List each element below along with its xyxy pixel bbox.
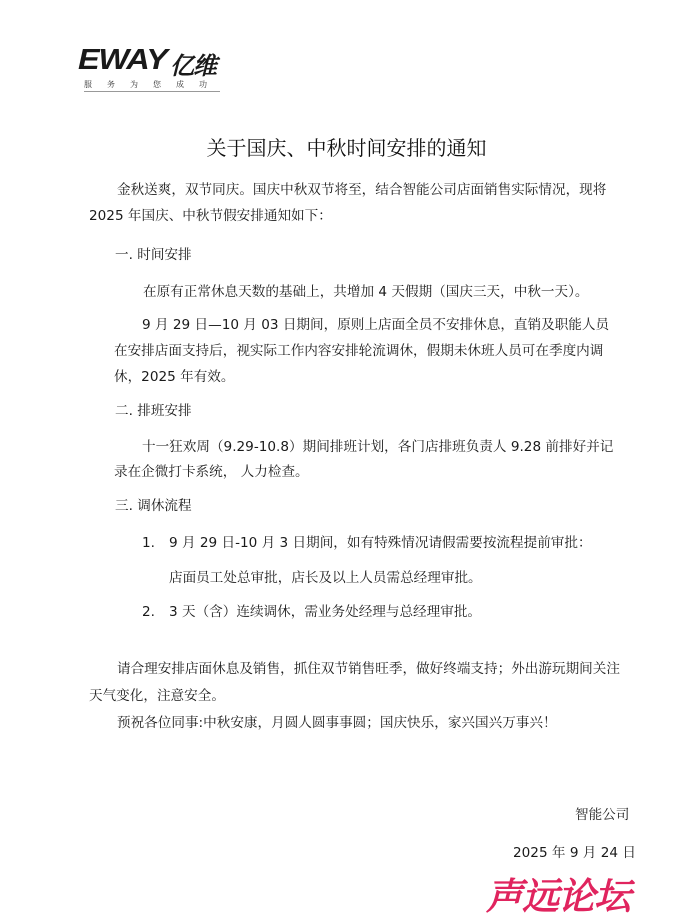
closing-line-2: 天气变化，注意安全。 (89, 687, 225, 705)
list-item-1-sub: 店面员工处总审批，店长及以上人员需总经理审批。 (169, 569, 482, 587)
logo-slogan: 服务为您成功 (84, 79, 222, 90)
section-2-para-line-2: 录在企微打卡系统， 人力检查。 (114, 463, 309, 481)
section-1-para-2-line-3: 休，2025 年有效。 (114, 368, 234, 386)
list-item-2-number: 2. (142, 603, 155, 621)
section-3-heading: 三. 调休流程 (115, 497, 192, 515)
intro-line-1: 金秋送爽，双节同庆。国庆中秋双节将至，结合智能公司店面销售实际情况，现将 (117, 181, 606, 199)
logo-brand-cn: 亿维 (170, 46, 216, 81)
list-item-2-text: 3 天（含）连续调休，需业务处经理与总经理审批。 (169, 603, 481, 621)
company-logo: EWAY 亿维 服务为您成功 (78, 44, 228, 94)
section-1-heading: 一. 时间安排 (115, 246, 192, 264)
section-1-para-1: 在原有正常休息天数的基础上，共增加 4 天假期（国庆三天，中秋一天）。 (143, 283, 589, 301)
closing-line-1: 请合理安排店面休息及销售，抓住双节销售旺季，做好终端支持；外出游玩期间关注 (117, 660, 620, 678)
list-item-1-text: 9 月 29 日-10 月 3 日期间，如有特殊情况请假需要按流程提前审批： (169, 534, 592, 552)
section-2-para-line-1: 十一狂欢周（9.29-10.8）期间排班计划，各门店排班负责人 9.28 前排好… (142, 438, 613, 456)
signature: 智能公司 (575, 806, 629, 824)
section-2-heading: 二. 排班安排 (115, 402, 192, 420)
document-date: 2025 年 9 月 24 日 (513, 844, 636, 862)
document-title: 关于国庆、中秋时间安排的通知 (0, 132, 693, 161)
list-item-1-number: 1. (142, 534, 155, 552)
section-1-para-2-line-2: 在安排店面支持后，视实际工作内容安排轮流调休，假期未休班人员可在季度内调 (114, 342, 603, 360)
section-1-para-2-line-1: 9 月 29 日—10 月 03 日期间，原则上店面全员不安排休息，直销及职能人… (142, 316, 609, 334)
logo-brand-latin: EWAY (78, 44, 167, 77)
wishes-text: 预祝各位同事:中秋安康，月圆人圆事事圆；国庆快乐，家兴国兴万事兴！ (117, 714, 557, 732)
intro-line-2: 2025 年国庆、中秋节假安排通知如下： (89, 207, 332, 225)
forum-watermark: 声远论坛 (486, 866, 630, 918)
logo-underline (84, 91, 220, 92)
